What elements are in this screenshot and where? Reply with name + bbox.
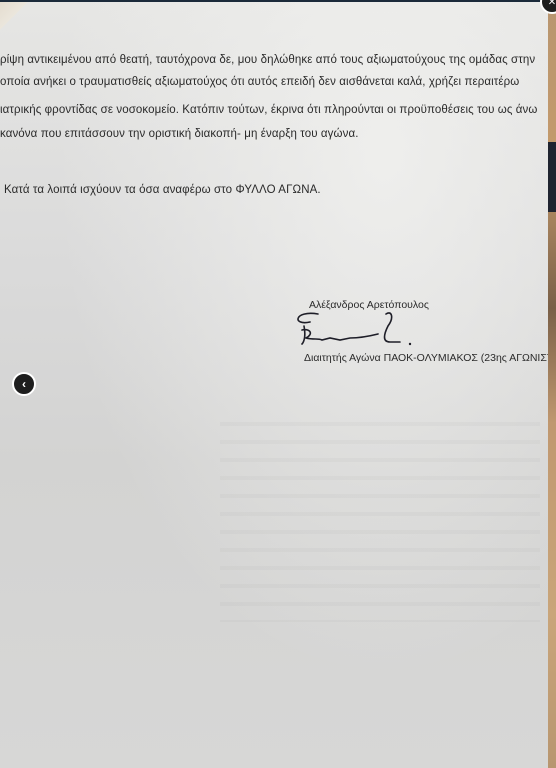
- document-photo: ρίψη αντικειμένου από θεατή, ταυτόχρονα …: [0, 2, 556, 768]
- table-edge: [548, 2, 556, 768]
- body-text-line: κανόνα που επιτάσσουν την οριστική διακο…: [0, 128, 359, 140]
- shadow-spot: [548, 142, 556, 212]
- body-text-line: ιατρικής φροντίδας σε νοσοκομείο. Κατόπι…: [0, 104, 537, 116]
- previous-image-button[interactable]: ‹: [12, 372, 36, 396]
- signer-role: Διαιτητής Αγώνα ΠΑΟΚ-ΟΛΥΜΙΑΚΟΣ (23ης ΑΓΩ…: [304, 352, 556, 364]
- closing-line: Κατά τα λοιπά ισχύουν τα όσα αναφέρω στο…: [4, 184, 321, 196]
- bleed-through-text: [220, 422, 540, 622]
- body-text-line: ρίψη αντικειμένου από θεατή, ταυτόχρονα …: [0, 54, 535, 66]
- signature-icon: [290, 308, 420, 348]
- paper-page: ρίψη αντικειμένου από θεατή, ταυτόχρονα …: [0, 2, 548, 768]
- close-icon: ✕: [548, 0, 556, 8]
- paper-corner-fold: [0, 2, 40, 52]
- chevron-left-icon: ‹: [22, 378, 26, 390]
- image-viewer: ρίψη αντικειμένου από θεατή, ταυτόχρονα …: [0, 0, 556, 768]
- body-text-line: οποία ανήκει ο τραυματισθείς αξιωματούχο…: [0, 76, 519, 88]
